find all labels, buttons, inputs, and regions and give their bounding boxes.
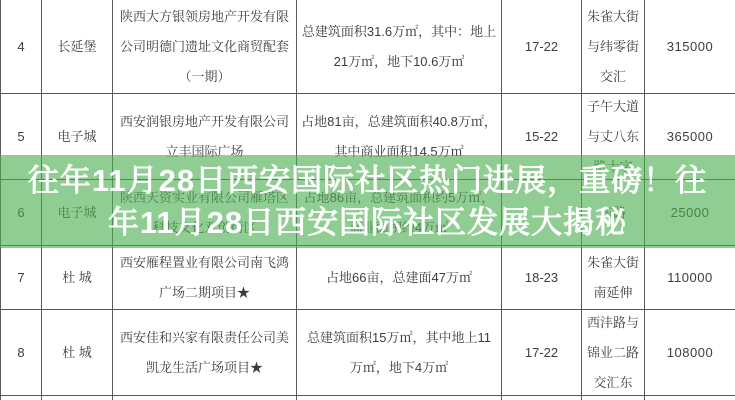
table-row-partial [0,396,735,400]
cell-range: 18-23 [502,246,582,309]
description-line: 21万㎡，地下10.6万㎡ [334,47,465,77]
cell-company: 西安雁程置业有限公司南飞鸿 广场二期项目★ [113,246,297,309]
value-number: 108000 [667,338,713,368]
range-value: 18-23 [525,263,558,293]
table-row: 8 杜 城 西安佳和兴家有限责任公司美 凯龙生活广场项目★ 总建筑面积15万㎡，… [0,310,735,396]
district-label: 杜 城 [62,263,92,293]
address-line: 锦业二路 [587,338,639,368]
district-label: 电子城 [57,122,96,152]
row-number: 8 [17,338,24,368]
cell-address: 朱雀大街 与纬零街 交汇 [582,0,645,93]
table-row: 7 杜 城 西安雁程置业有限公司南飞鸿 广场二期项目★ 占地66亩，总建面47万… [0,246,735,310]
address-line: 南延伸 [593,278,632,308]
address-line: 朱雀大街 [587,2,639,32]
cell-district: 杜 城 [42,310,113,395]
cell-range: 17-22 [502,0,582,93]
cell-address: 西沣路与 锦业二路 交汇东 [582,310,645,395]
cell-row-number: 4 [0,0,42,93]
cell-empty [113,396,297,400]
value-number: 365000 [667,122,713,152]
description-line: 总建筑面积31.6万㎡，其中：地上 [302,17,496,47]
row-number: 4 [17,32,24,62]
cell-empty [42,396,113,400]
address-line: 交汇 [600,62,626,92]
company-line: 陕西大方银领房地产开发有限 [120,2,289,32]
address-line: 与纬零街 [587,32,639,62]
banner-title-line1: 往年11月28日西安国际社区热门进展，重磅！往 [28,160,707,202]
cell-description: 总建筑面积31.6万㎡，其中：地上 21万㎡，地下10.6万㎡ [297,0,502,93]
company-line: 西安雁程置业有限公司南飞鸿 [120,248,289,278]
cell-empty [582,396,645,400]
screenshot-root: 4 长延堡 陕西大方银领房地产开发有限 公司明德门遗址文化商贸配套 （一期） 总… [0,0,735,400]
cell-address: 朱雀大街 南延伸 [582,246,645,309]
description-line: 占地81亩，总建筑面积40.8万㎡， [301,107,497,137]
address-line: 交汇东 [593,368,632,396]
company-line: （一期） [178,62,230,92]
row-number: 5 [17,122,24,152]
banner-overlay: 往年11月28日西安国际社区热门进展，重磅！往 年11月28日西安国际社区发展大… [0,155,735,248]
banner-title-line2: 年11月28日西安国际社区发展大揭秘 [108,202,627,244]
address-line: 朱雀大街 [587,248,639,278]
company-line: 公司明德门遗址文化商贸配套 [120,32,289,62]
cell-empty [502,396,582,400]
range-value: 17-22 [525,32,558,62]
company-line: 西安润银房地产开发有限公司 [120,107,289,137]
address-line: 子午大道 [587,94,639,122]
row-number: 7 [17,263,24,293]
value-number: 315000 [667,32,713,62]
cell-row-number: 8 [0,310,42,395]
description-line: 总建筑面积15万㎡，其中地上11 [307,323,491,353]
cell-row-number: 7 [0,246,42,309]
cell-value: 110000 [645,246,735,309]
company-line: 凯龙生活广场项目★ [146,353,263,383]
cell-company: 西安佳和兴家有限责任公司美 凯龙生活广场项目★ [113,310,297,395]
description-line: 万㎡，地下4万㎡ [350,353,448,383]
district-label: 杜 城 [62,338,92,368]
cell-empty [0,396,42,400]
cell-value: 108000 [645,310,735,395]
range-value: 17-22 [525,338,558,368]
address-line: 西沣路与 [587,310,639,338]
value-number: 110000 [667,263,712,293]
company-line: 西安佳和兴家有限责任公司美 [120,323,289,353]
cell-empty [297,396,502,400]
company-line: 广场二期项目★ [159,278,250,308]
cell-range: 17-22 [502,310,582,395]
cell-empty [645,396,735,400]
cell-company: 陕西大方银领房地产开发有限 公司明德门遗址文化商贸配套 （一期） [113,0,297,93]
description-line: 占地66亩，总建面47万㎡ [326,263,472,293]
table-row: 4 长延堡 陕西大方银领房地产开发有限 公司明德门遗址文化商贸配套 （一期） 总… [0,0,735,94]
district-label: 长延堡 [57,32,96,62]
cell-value: 315000 [645,0,735,93]
range-value: 15-22 [525,122,558,152]
cell-description: 总建筑面积15万㎡，其中地上11 万㎡，地下4万㎡ [297,310,502,395]
address-line: 与丈八东 [587,122,639,152]
cell-district: 长延堡 [42,0,113,93]
cell-district: 杜 城 [42,246,113,309]
cell-description: 占地66亩，总建面47万㎡ [297,246,502,309]
